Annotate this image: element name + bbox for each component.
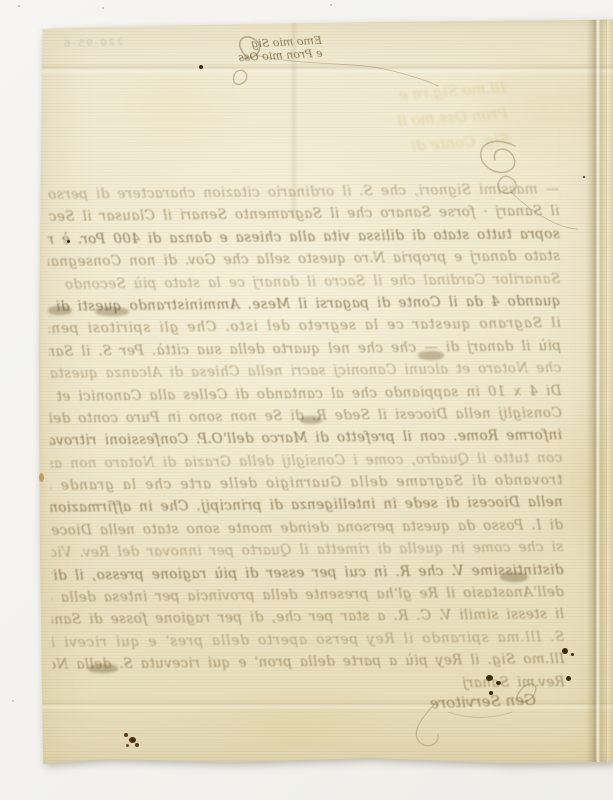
ink-smudge bbox=[418, 351, 444, 360]
ink-blot bbox=[67, 240, 70, 243]
bleedthrough-text-block: — massimi Signori, che S. il ordinario c… bbox=[47, 178, 565, 699]
ink-blot bbox=[489, 691, 493, 695]
ink-blot bbox=[486, 675, 493, 681]
ink-smudge bbox=[300, 416, 322, 424]
ink-blot bbox=[124, 733, 128, 737]
pencil-archival-mark: 220-95-6 bbox=[62, 37, 124, 51]
ink-blot bbox=[126, 744, 129, 747]
folded-flap-edge bbox=[606, 19, 613, 767]
ink-smudge bbox=[48, 306, 72, 315]
ink-blot bbox=[566, 676, 571, 681]
ink-smudge bbox=[88, 664, 118, 673]
ink-flourish-signature bbox=[400, 668, 550, 763]
fold-crease-vertical bbox=[586, 19, 606, 764]
ink-blot bbox=[583, 176, 585, 178]
ink-smudge bbox=[95, 307, 129, 316]
ink-flourish-docket bbox=[224, 28, 439, 80]
ink-blot bbox=[135, 743, 139, 747]
scanned-letter-verso: 220-95-6 Emo mio Sig e Pron mio Oss Ill.… bbox=[0, 0, 613, 800]
ink-blot bbox=[562, 648, 568, 654]
ink-smudge bbox=[500, 572, 528, 582]
ink-blot bbox=[129, 737, 136, 743]
ink-blot bbox=[496, 681, 501, 685]
ink-blot bbox=[571, 653, 574, 656]
rust-speck bbox=[39, 473, 44, 482]
ink-blot bbox=[199, 65, 203, 69]
